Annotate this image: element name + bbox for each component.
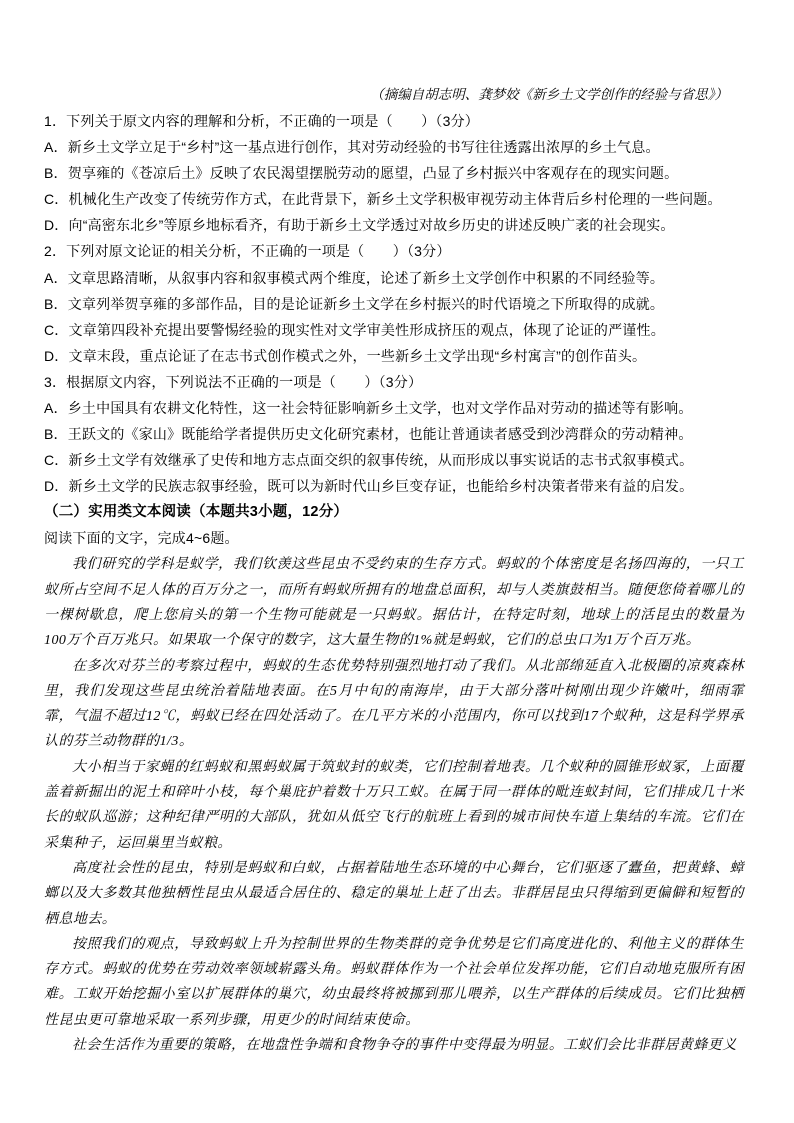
question-1-option-c: C．机械化生产改变了传统劳作方式，在此背景下，新乡土文学积极审视劳动主体背后乡村…	[44, 186, 744, 212]
question-3-option-d: D．新乡土文学的民族志叙事经验，既可以为新时代山乡巨变存证，也能给乡村决策者带来…	[44, 473, 744, 499]
reading-passage: 我们研究的学科是蚁学，我们钦羡这些昆虫不受约束的生存方式。蚂蚁的个体密度是名扬四…	[44, 552, 744, 1058]
question-2-option-d: D．文章末段，重点论证了在志书式创作模式之外，一些新乡土文学出现“乡村寓言”的创…	[44, 343, 744, 369]
question-2-option-a: A．文章思路清晰，从叙事内容和叙事模式两个维度，论述了新乡土文学创作中积累的不同…	[44, 265, 744, 291]
passage-paragraph-5: 按照我们的观点，导致蚂蚁上升为控制世界的生物类群的竞争优势是它们高度进化的、利他…	[44, 932, 744, 1033]
passage-paragraph-4: 高度社会性的昆虫，特别是蚂蚁和白蚁，占据着陆地生态环境的中心舞台，它们驱逐了蠹鱼…	[44, 856, 744, 932]
question-2: 2．下列对原文论证的相关分析，不正确的一项是（ ）（3分） A．文章思路清晰，从…	[44, 238, 744, 368]
question-3-stem: 3．根据原文内容，下列说法不正确的一项是（ ）（3分）	[44, 369, 744, 395]
passage-paragraph-2: 在多次对芬兰的考察过程中，蚂蚁的生态优势特别强烈地打动了我们。从北部绵延直入北极…	[44, 654, 744, 755]
question-2-option-c: C．文章第四段补充提出要警惕经验的现实性对文学审美性形成挤压的观点，体现了论证的…	[44, 317, 744, 343]
question-1-option-b: B．贺享雍的《苍凉后土》反映了农民渴望摆脱劳动的愿望，凸显了乡村振兴中客观存在的…	[44, 160, 744, 186]
section-2-heading: （二）实用类文本阅读（本题共3小题，12分）	[44, 499, 744, 525]
passage-paragraph-6: 社会生活作为重要的策略，在地盘性争端和食物争夺的事件中变得最为明显。工蚁们会比非…	[44, 1033, 744, 1058]
question-1-option-a: A．新乡土文学立足于“乡村”这一基点进行创作，其对劳动经验的书写往往透露出浓厚的…	[44, 134, 744, 160]
exam-page: （摘编自胡志明、龚梦姣《新乡土文学创作的经验与省思》） 1．下列关于原文内容的理…	[0, 0, 794, 1123]
question-1-option-d: D．向“高密东北乡”等原乡地标看齐，有助于新乡土文学透过对故乡历史的讲述反映广袤…	[44, 212, 744, 238]
question-1-stem: 1．下列关于原文内容的理解和分析，不正确的一项是（ ）（3分）	[44, 108, 744, 134]
passage-paragraph-1: 我们研究的学科是蚁学，我们钦羡这些昆虫不受约束的生存方式。蚂蚁的个体密度是名扬四…	[44, 552, 744, 653]
question-3-option-a: A．乡土中国具有农耕文化特性，这一社会特征影响新乡土文学，也对文学作品对劳动的描…	[44, 395, 744, 421]
passage-paragraph-3: 大小相当于家蝇的红蚂蚁和黑蚂蚁属于筑蚁封的蚁类，它们控制着地表。几个蚁种的圆锥形…	[44, 755, 744, 856]
question-3-option-b: B．王跃文的《家山》既能给学者提供历史文化研究素材，也能让普通读者感受到沙湾群众…	[44, 421, 744, 447]
question-3: 3．根据原文内容，下列说法不正确的一项是（ ）（3分） A．乡土中国具有农耕文化…	[44, 369, 744, 499]
question-1: 1．下列关于原文内容的理解和分析，不正确的一项是（ ）（3分） A．新乡土文学立…	[44, 108, 744, 238]
reading-instruction: 阅读下面的文字，完成4~6题。	[44, 525, 744, 551]
question-2-stem: 2．下列对原文论证的相关分析，不正确的一项是（ ）（3分）	[44, 238, 744, 264]
question-2-option-b: B．文章列举贺享雍的多部作品，目的是论证新乡土文学在乡村振兴的时代语境之下所取得…	[44, 291, 744, 317]
source-citation: （摘编自胡志明、龚梦姣《新乡土文学创作的经验与省思》）	[44, 82, 744, 108]
question-3-option-c: C．新乡土文学有效继承了史传和地方志点面交织的叙事传统，从而形成以事实说话的志书…	[44, 447, 744, 473]
